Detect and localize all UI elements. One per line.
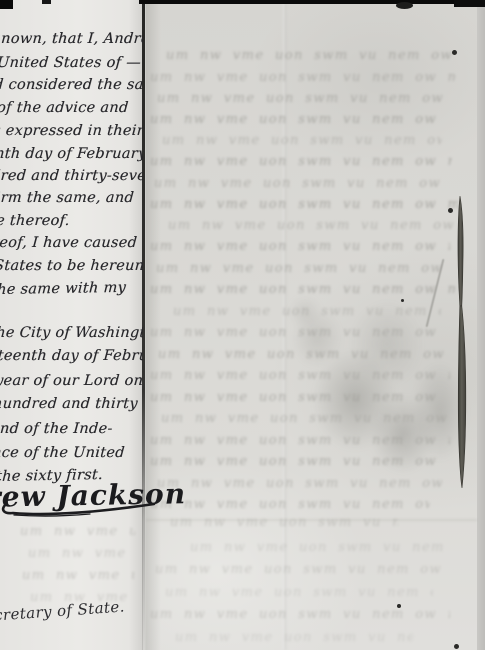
faded-text-line: um nw vme uon swm vu nem ow muv ne smv u…	[150, 282, 455, 296]
photo-edge-mark	[42, 0, 51, 4]
faded-text-line: um nw vme uon swm vu nem ow muv ne smv u…	[150, 112, 440, 126]
handwritten-line: firm the same, and	[0, 190, 135, 206]
fly-speck	[401, 299, 404, 302]
faded-text-line: um nw vme uon swm vu nem ow muv ne smv u…	[155, 562, 445, 576]
handwritten-line: s expressed in their	[0, 123, 143, 139]
faded-text-line: um nw vme uon swm vu nem ow muv ne smv u…	[150, 454, 442, 468]
faded-text-line: um nw vme uon swm vu nem ow muv ne smv u…	[170, 515, 398, 529]
photo-black-edge-top	[139, 0, 485, 4]
handwritten-line: hundred and thirty	[0, 396, 138, 412]
faded-text-line: um nw vme uon swm vu nem ow muv ne smv u…	[150, 70, 455, 84]
faded-text-line: um nw vme uon swm vu nem ow muv ne smv u…	[161, 411, 449, 425]
handwritten-line: States to be hereunto	[0, 258, 143, 274]
faded-text-line: um nw vme uon swm vu nem ow muv ne smv u…	[150, 390, 445, 404]
photo-black-corner-top-left	[0, 0, 13, 9]
binding-ribbon	[450, 190, 472, 500]
handwritten-line: fteenth day of February,	[0, 348, 143, 364]
manuscript-photo: known, that I, AndrewUnited States of —d…	[0, 0, 485, 650]
faded-text-line: um nw vme uon swm vu nem ow muv ne smv u…	[154, 176, 449, 190]
handwritten-line: year of our Lord onethousand	[0, 372, 143, 389]
faded-text-line: um nw vme uon swm vu nem ow muv ne smv u…	[157, 476, 442, 490]
handwritten-line: d considered the said	[0, 77, 143, 93]
fly-speck	[448, 208, 453, 213]
fly-speck	[452, 50, 457, 55]
handwritten-line: of the advice and	[0, 100, 129, 116]
faded-text-line: um nw vme uon swm vu nem ow muv ne smv u…	[156, 261, 452, 275]
faded-text-line: um nw vme uon swm vu nem ow muv ne smv u…	[150, 197, 458, 211]
handwritten-line: United States of —	[0, 55, 142, 71]
faded-text-line: um nw vme uon swm vu nem ow muv ne smv u…	[150, 325, 448, 339]
faded-text-line: um nw vme uon swm vu nem ow muv ne smv u…	[22, 568, 134, 582]
handwritten-line: nth day of February,	[0, 146, 143, 162]
faded-text-line: um nw vme uon swm vu nem ow muv ne smv u…	[158, 347, 448, 361]
faded-text-line: um nw vme uon swm vu nem ow muv ne smv u…	[150, 368, 450, 382]
faded-text-line: um nw vme uon swm vu nem ow muv ne smv u…	[20, 524, 135, 538]
faded-text-line: um nw vme uon swm vu nem ow muv ne smv u…	[173, 304, 441, 318]
faded-text-line: um nw vme uon swm vu nem ow muv ne smv u…	[28, 546, 136, 560]
faded-text-line: um nw vme uon swm vu nem ow muv ne smv u…	[175, 630, 413, 644]
faded-text-line: um nw vme uon swm vu nem ow muv ne smv u…	[190, 540, 448, 554]
faded-text-line: um nw vme uon swm vu nem ow muv ne smv u…	[157, 91, 455, 105]
faded-text-line: um nw vme uon swm vu nem ow muv ne smv u…	[166, 48, 461, 62]
handwritten-line: reof, I have caused	[0, 235, 138, 251]
faded-text-line: um nw vme uon swm vu nem ow muv ne smv u…	[150, 154, 452, 168]
faded-text-line: um nw vme uon swm vu nem ow muv ne smv u…	[150, 607, 450, 621]
faded-text-line: um nw vme uon swm vu nem ow muv ne smv u…	[150, 497, 430, 511]
signature-flourish	[0, 497, 158, 517]
faded-text-line: um nw vme uon swm vu nem ow muv ne smv u…	[165, 585, 433, 599]
photo-black-corner-top-right	[454, 0, 485, 7]
handwritten-line: the City of Washington,	[0, 325, 143, 341]
handwritten-line: and of the Inde-	[0, 421, 113, 437]
photo-edge-blob	[396, 2, 413, 9]
handwritten-line: the same with my	[0, 280, 126, 298]
faded-text-line: um nw vme uon swm vu nem ow muv ne smv u…	[168, 218, 453, 232]
fly-speck	[397, 604, 401, 608]
fly-speck	[454, 644, 459, 649]
secretary-of-state-line: cretary of State.	[0, 597, 125, 624]
handwritten-line: known, that I, Andrew	[0, 31, 143, 47]
faded-text-line: um nw vme uon swm vu nem ow muv ne smv u…	[150, 239, 450, 253]
handwritten-line: nce of the United	[0, 445, 125, 461]
photo-right-edge	[477, 0, 485, 650]
faded-text-line: um nw vme uon swm vu nem ow muv ne smv u…	[162, 133, 442, 147]
handwritten-line: dred and thirty-seven,	[0, 168, 143, 184]
faded-text-line: um nw vme uon swm vu nem ow muv ne smv u…	[150, 433, 450, 447]
handwritten-line: e thereof.	[0, 213, 70, 229]
